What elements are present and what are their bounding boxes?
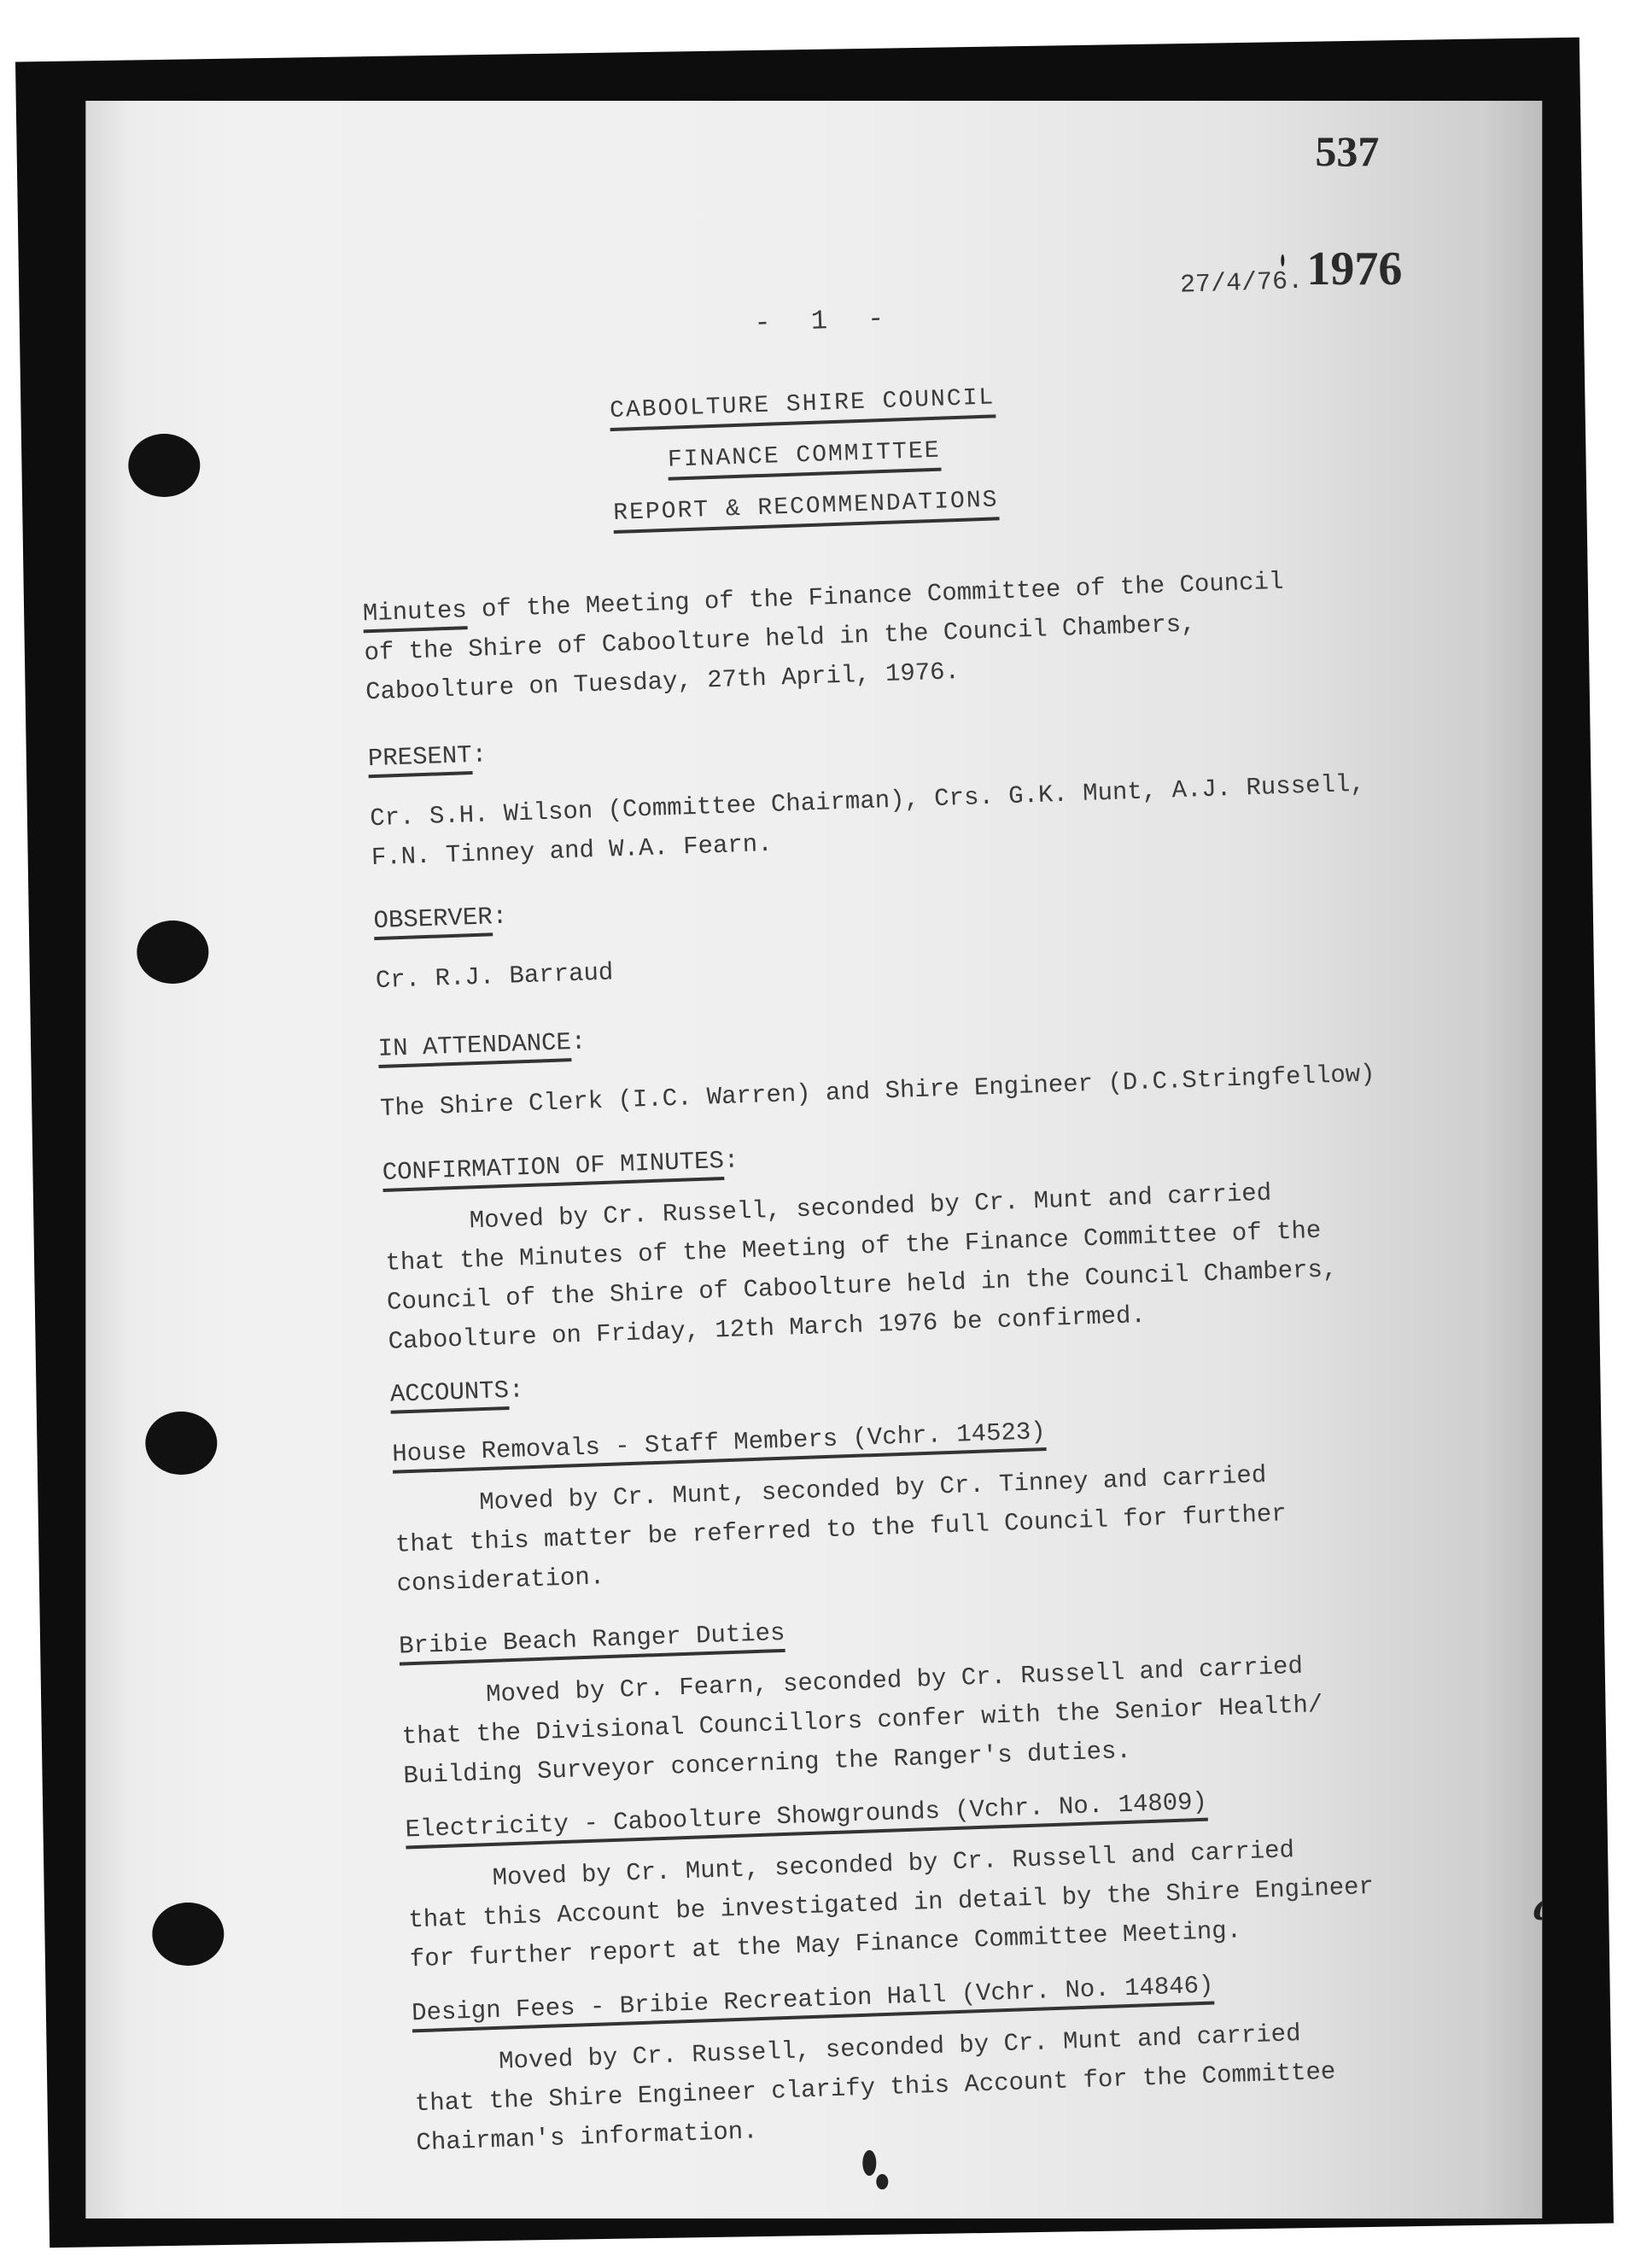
account-item-text: Moved by Cr. Russell, seconded by Cr. Mu… (413, 2006, 1543, 2163)
intro-text: of the Meeting of the Finance Committee … (364, 568, 1284, 707)
intro-paragraph: Minutes of the Meeting of the Finance Co… (362, 555, 1501, 712)
confirmation-text: Moved by Cr. Russell, seconded by Cr. Mu… (383, 1166, 1524, 1362)
present-text: Cr. S.H. Wilson (Committee Chairman), Cr… (370, 760, 1507, 878)
account-item-text: Moved by Cr. Fearn, seconded by Cr. Russ… (400, 1639, 1539, 1796)
scan-frame: 537 1976 - 1 - 27/4/76. CABOOLTURE SHIRE… (15, 38, 1614, 2248)
document-page: 537 1976 - 1 - 27/4/76. CABOOLTURE SHIRE… (85, 101, 1542, 2218)
page-indicator: - 1 - (754, 302, 896, 339)
document-body: - 1 - 27/4/76. CABOOLTURE SHIRE COUNCIL … (85, 101, 1542, 2218)
account-item-text: Moved by Cr. Munt, seconded by Cr. Tinne… (394, 1447, 1533, 1604)
intro-lead: Minutes (362, 596, 467, 633)
account-item-text: Moved by Cr. Munt, seconded by Cr. Russe… (406, 1822, 1542, 1979)
document-date: 27/4/76. (1180, 267, 1304, 301)
handwritten-initials: aa (1533, 1885, 1542, 1929)
